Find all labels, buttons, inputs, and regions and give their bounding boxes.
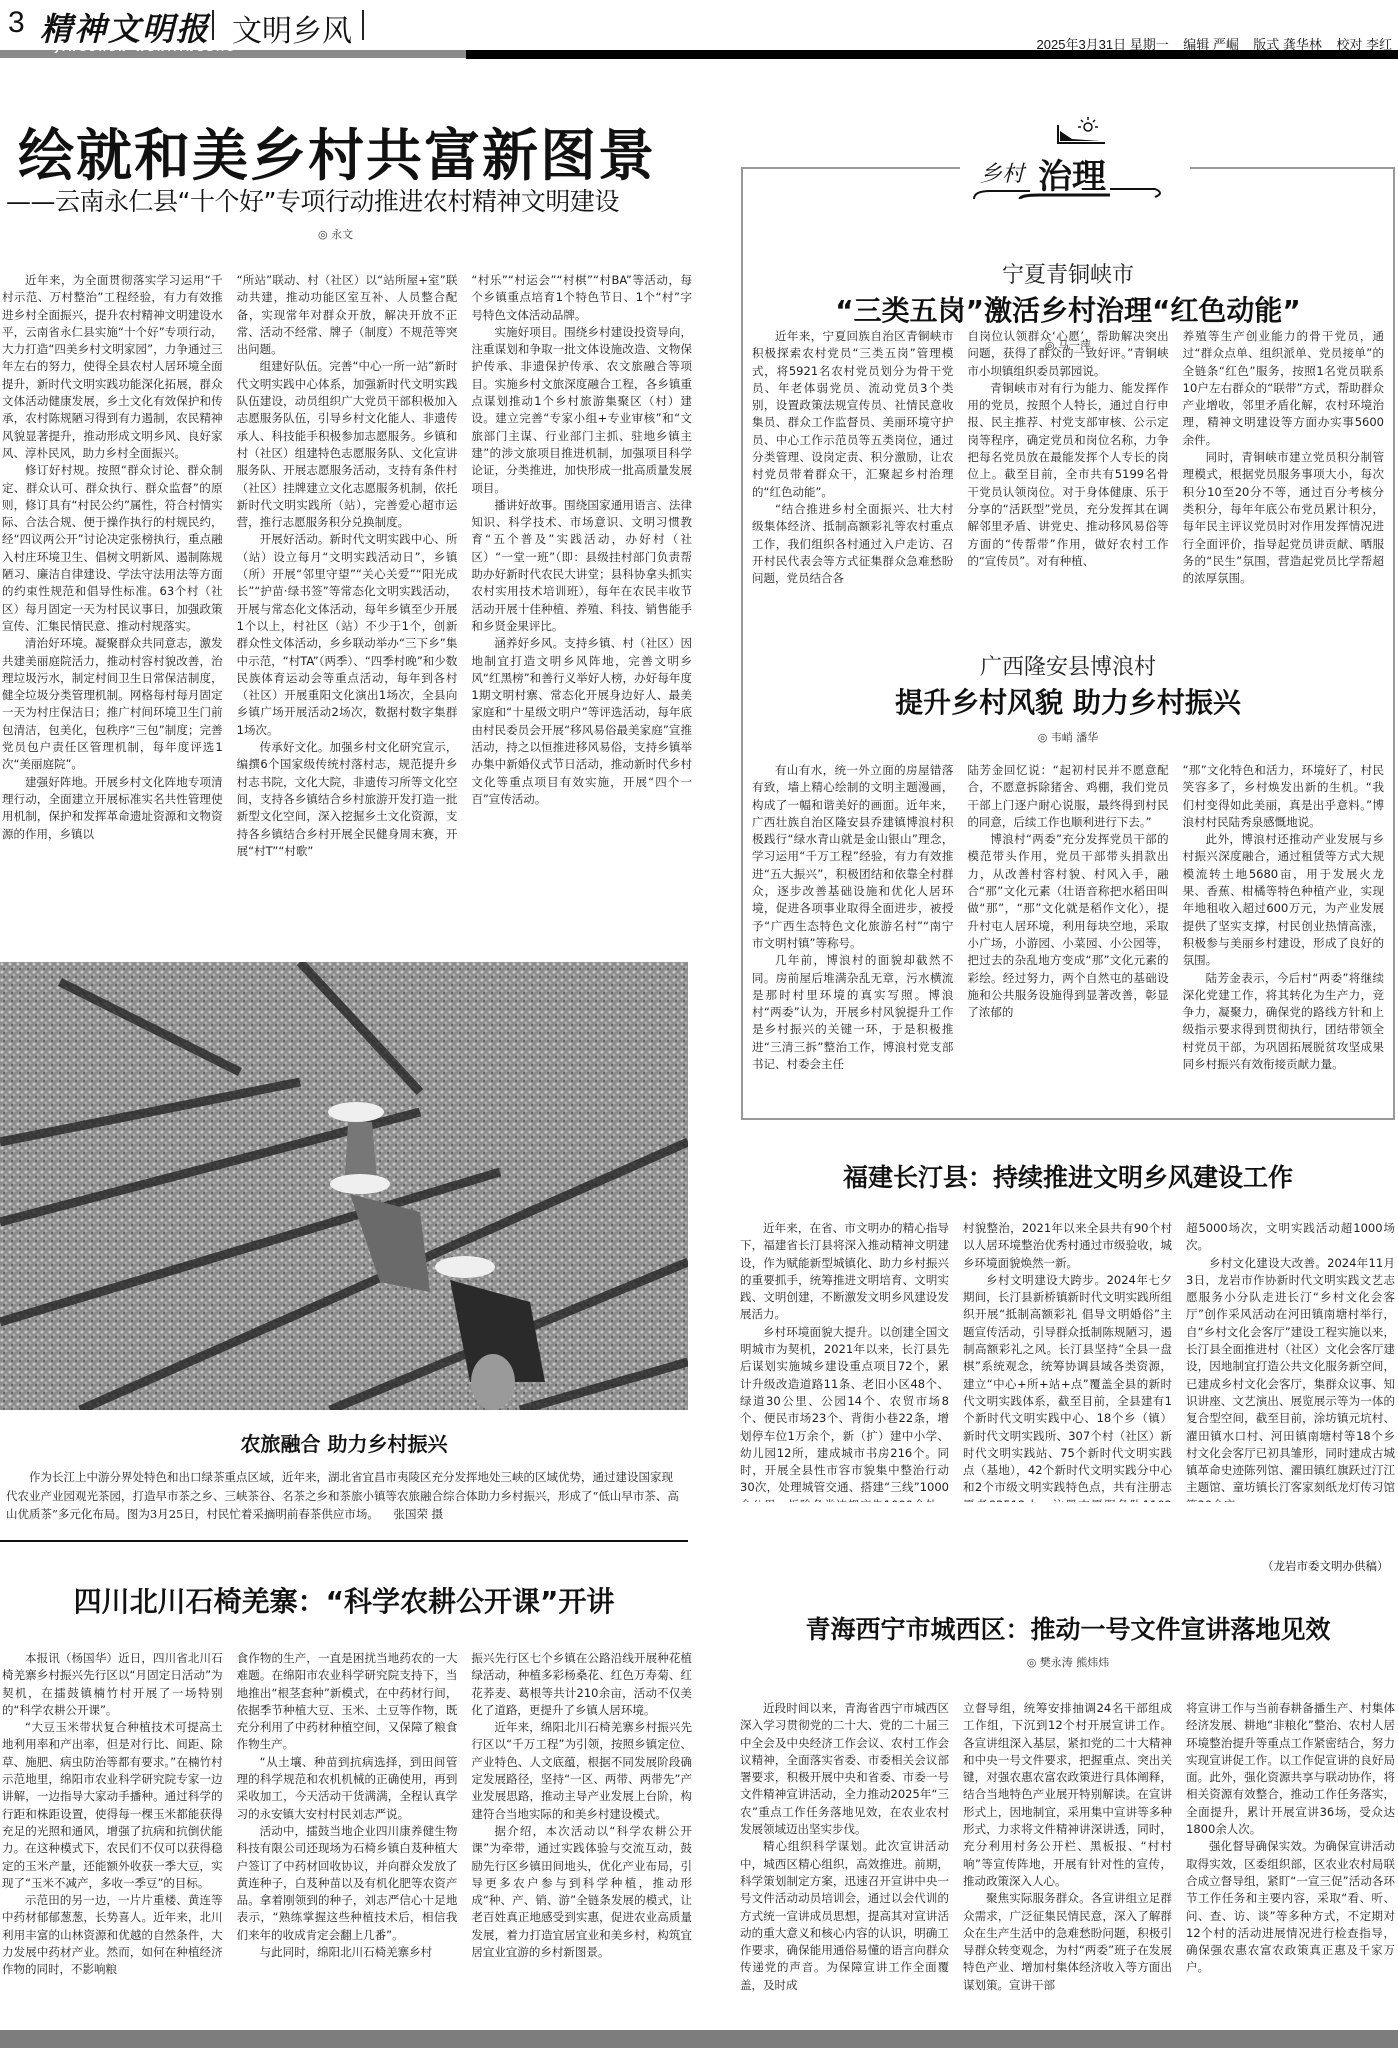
qinghai-byline: ◎ 樊永涛 熊炜炜 [741,1654,1395,1670]
fujian-credit: （龙岩市委文明办供稿） [1262,1558,1389,1574]
article-column: 超5000场次，文明实践活动超1000场次。乡村文化建设大改善。2024年11月… [1186,1220,1395,1502]
article-column: 近年来，宁夏回族自治区青铜峡市积极探索农村党员“三类五岗”管理模式，将5921名… [752,328,953,618]
ningxia-headline: “三类五岗”激活乡村治理“红色动能” [741,289,1395,329]
article-column: “所站”联动、村（社区）以“站所屋+室”联动共建，推动功能区室互补、人员整合配备… [237,272,458,937]
article-column: “村乐”“村运会”“村棋”“村BA”等活动，每个乡镇重点培育1个特色节日、1个“… [471,272,692,937]
brand-pinyin: JINGSHEN WENMINGBAO [56,44,237,54]
qinghai-header: 青海西宁市城西区：推动一号文件宣讲落地见效 ◎ 樊永涛 熊炜炜 [741,1610,1395,1670]
masthead-divider [212,10,214,40]
article-column: 近年来，为全面贯彻落实学习运用“千村示范、万村整治”工程经验，有力有效推进乡村全… [2,272,223,937]
masthead-rule-black [466,50,1398,59]
article-column: 自岗位认领群众‘心愿’，帮助解决突出问题，获得了群众的一致好评。”青铜峡市小坝镇… [967,328,1168,618]
ningxia-kicker: 宁夏青铜峡市 [741,258,1395,289]
photo-caption-text: 作为长江上中游分界处特色和出口绿茶重点区域，近年来，湖北省宜昌市夷陵区充分发挥地… [6,1470,679,1521]
article-column: 食作物的生产，一直是困扰当地药农的一大难题。在绵阳市农业科学研究院支持下，当地推… [237,1650,458,2020]
article-column: 村貌整治，2021年以来全县共有90个村以人居环境整治优秀村通过市级验收，城乡环… [963,1220,1172,1502]
guangxi-header: 广西隆安县博浪村 提升乡村风貌 助力乡村振兴 ◎ 韦峭 潘华 [741,650,1395,745]
article-column: “那”文化特色和活力，环境好了，村民笑容多了，乡村焕发出新的生机。“我们村变得如… [1183,762,1384,1110]
page-number: 3 [8,6,25,40]
article-column: 养殖等生产创业能力的骨干党员，通过“群众点单、组织派单、党员接单”的全链条“红色… [1183,328,1384,618]
masthead-divider [362,10,364,40]
fujian-headline: 福建长汀县：持续推进文明乡风建设工作 [741,1158,1395,1194]
guangxi-kicker: 广西隆安县博浪村 [741,650,1395,681]
rural-governance-tag: 乡村 治理 [960,115,1190,210]
section-divider [0,1540,688,1542]
ningxia-article-body: 近年来，宁夏回族自治区青铜峡市积极探索农村党员“三类五岗”管理模式，将5921名… [752,328,1384,618]
page-footer-band [0,2030,1398,2048]
photo-caption-title: 农旅融合 助力乡村振兴 [0,1428,688,1457]
photo-credit: 张国荣 摄 [393,1507,443,1521]
guangxi-article-body: 有山有水，统一外立面的房屋错落有致，墙上精心绘制的文明主题漫画，构成了一幅和谐美… [752,762,1384,1110]
article-column: 将宣讲工作与当前春耕备播生产、村集体经济发展、耕地“非粮化”整治、农村人居环境整… [1186,1700,1395,2020]
qinghai-article-body: 近段时间以来，青海省西宁市城西区深入学习贯彻党的二十大、党的二十届三中全会及中央… [740,1700,1395,2020]
article-column: 近段时间以来，青海省西宁市城西区深入学习贯彻党的二十大、党的二十届三中全会及中央… [740,1700,949,2020]
article-column: 陆芳金回忆说：“起初村民并不愿意配合，不愿意拆除猪舍、鸡棚，我们党员干部上门逐户… [967,762,1168,1110]
article-column: 本报讯（杨国华）近日，四川省北川石椅羌寨乡村振兴先行区以“月固定日活动”为契机，… [2,1650,223,2020]
article-column: 振兴先行区七个乡镇在公路沿线开展种花植绿活动，种植多彩杨桑花、红色万寿菊、红花荞… [471,1650,692,2020]
article-column: 立督导组，统筹安排抽调24名干部组成工作组，下沉到12个村开展宣讲工作。各宣讲组… [963,1700,1172,2020]
lead-article-body: 近年来，为全面贯彻落实学习运用“千村示范、万村整治”工程经验，有力有效推进乡村全… [2,272,692,937]
sichuan-headline: 四川北川石椅羌寨：“科学农耕公开课”开讲 [0,1580,688,1620]
fujian-article-body: 近年来，在省、市文明办的精心指导下，福建省长汀县将深入推动精神文明建设，作为赋能… [740,1220,1395,1502]
guangxi-headline: 提升乡村风貌 助力乡村振兴 [741,681,1395,721]
qinghai-headline: 青海西宁市城西区：推动一号文件宣讲落地见效 [741,1610,1395,1646]
lead-headline: 绘就和美乡村共富新图景 [18,112,656,192]
lead-subheadline: ——云南永仁县“十个好”专项行动推进农村精神文明建设 [6,182,619,218]
tag-prefix: 乡村 [980,157,1024,188]
photo-image [0,962,688,1410]
lead-byline: ◎ 永文 [318,226,353,242]
section-name: 文明乡风 [232,6,352,50]
sichuan-article-body: 本报讯（杨国华）近日，四川省北川石椅羌寨乡村振兴先行区以“月固定日活动”为契机，… [2,1650,692,2020]
tea-garden-photo [0,962,688,1410]
tag-main: 治理 [1038,149,1106,198]
photo-caption: 作为长江上中游分界处特色和出口绿茶重点区域，近年来，湖北省宜昌市夷陵区充分发挥地… [6,1468,682,1524]
article-column: 近年来，在省、市文明办的精心指导下，福建省长汀县将深入推动精神文明建设，作为赋能… [740,1220,949,1502]
masthead: 3 精神文明报 文明乡风 2025年3月31日 星期一 编辑 严崛 版式 龚华林… [0,0,1398,62]
article-column: 有山有水，统一外立面的房屋错落有致，墙上精心绘制的文明主题漫画，构成了一幅和谐美… [752,762,953,1110]
guangxi-byline: ◎ 韦峭 潘华 [741,729,1395,745]
